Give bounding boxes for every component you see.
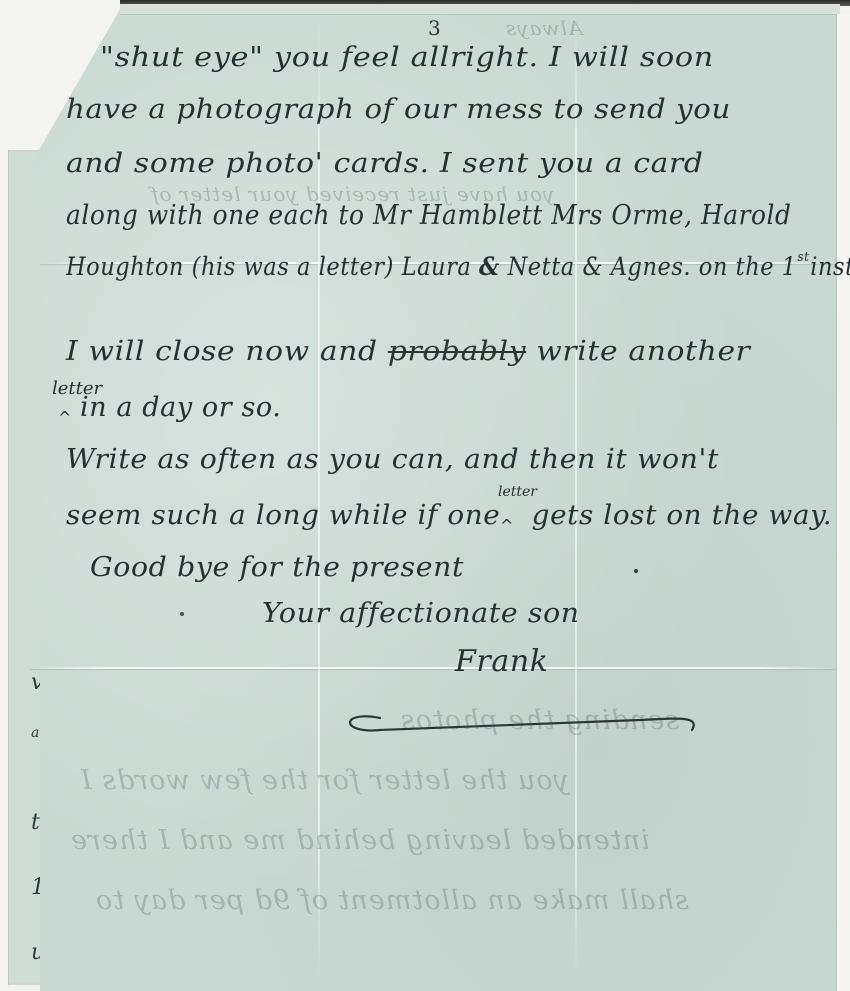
letter-line-9: seem such a long while if one gets lost … bbox=[66, 500, 832, 531]
letter-line-6: I will close now and probably write anot… bbox=[66, 336, 751, 367]
letter-line-4: along with one each to Mr Hamblett Mrs O… bbox=[66, 200, 791, 231]
line-9-part-a: seem such a long while if one bbox=[66, 500, 500, 531]
line-5-superscript: st bbox=[798, 250, 810, 265]
letter-line-5: Houghton (his was a letter) Laura & Nett… bbox=[66, 250, 850, 281]
insertion-caret-icon: ^ bbox=[500, 516, 513, 535]
scanner-right-margin bbox=[836, 14, 850, 991]
ink-speck bbox=[634, 569, 638, 573]
letter-line-8: Write as often as you can, and then it w… bbox=[66, 444, 719, 475]
insertion-caret-icon: ^ bbox=[58, 408, 71, 427]
struck-word: probably bbox=[388, 336, 526, 367]
letter-line-1: "shut eye" you feel allright. I will soo… bbox=[100, 42, 714, 73]
scanned-letter-page: v a t 1 u Always you have just received … bbox=[0, 0, 850, 991]
bleed-through-text: Always bbox=[505, 16, 582, 40]
line-5-part-a: Houghton (his was a letter) Laura bbox=[66, 252, 471, 281]
bleed-through-text: you the letter for the few words I bbox=[80, 765, 569, 796]
letter-closing: Your affectionate son bbox=[262, 598, 580, 629]
bleed-through-text: intended leaving behind me and I there bbox=[70, 825, 650, 856]
line-6-part-b: write another bbox=[536, 336, 750, 367]
letter-line-3: and some photo' cards. I sent you a card bbox=[66, 148, 704, 179]
page-number: 3 bbox=[428, 16, 441, 40]
letter-signature: Frank bbox=[455, 644, 549, 679]
back-sheet-letter: a bbox=[31, 725, 39, 741]
line-5-part-b: Netta & Agnes. on the 1 bbox=[508, 252, 797, 281]
letter-line-2: have a photograph of our mess to send yo… bbox=[66, 94, 731, 125]
line-6-part-a: I will close now and bbox=[66, 336, 378, 367]
inserted-word: letter bbox=[498, 484, 537, 500]
bleed-through-text: shall make an allotment of 9d per day to bbox=[95, 885, 689, 916]
letter-line-7: in a day or so. bbox=[80, 392, 281, 423]
signature-flourish-icon bbox=[340, 700, 700, 740]
paper-top-fold bbox=[120, 4, 840, 15]
back-sheet-letter: t bbox=[31, 810, 40, 835]
fold-line bbox=[30, 667, 836, 669]
line-9-part-b: gets lost on the way. bbox=[532, 500, 833, 531]
line-5-part-c: inst. bbox=[810, 252, 850, 281]
ink-speck bbox=[180, 612, 184, 616]
letter-line-10: Good bye for the present bbox=[90, 552, 464, 583]
